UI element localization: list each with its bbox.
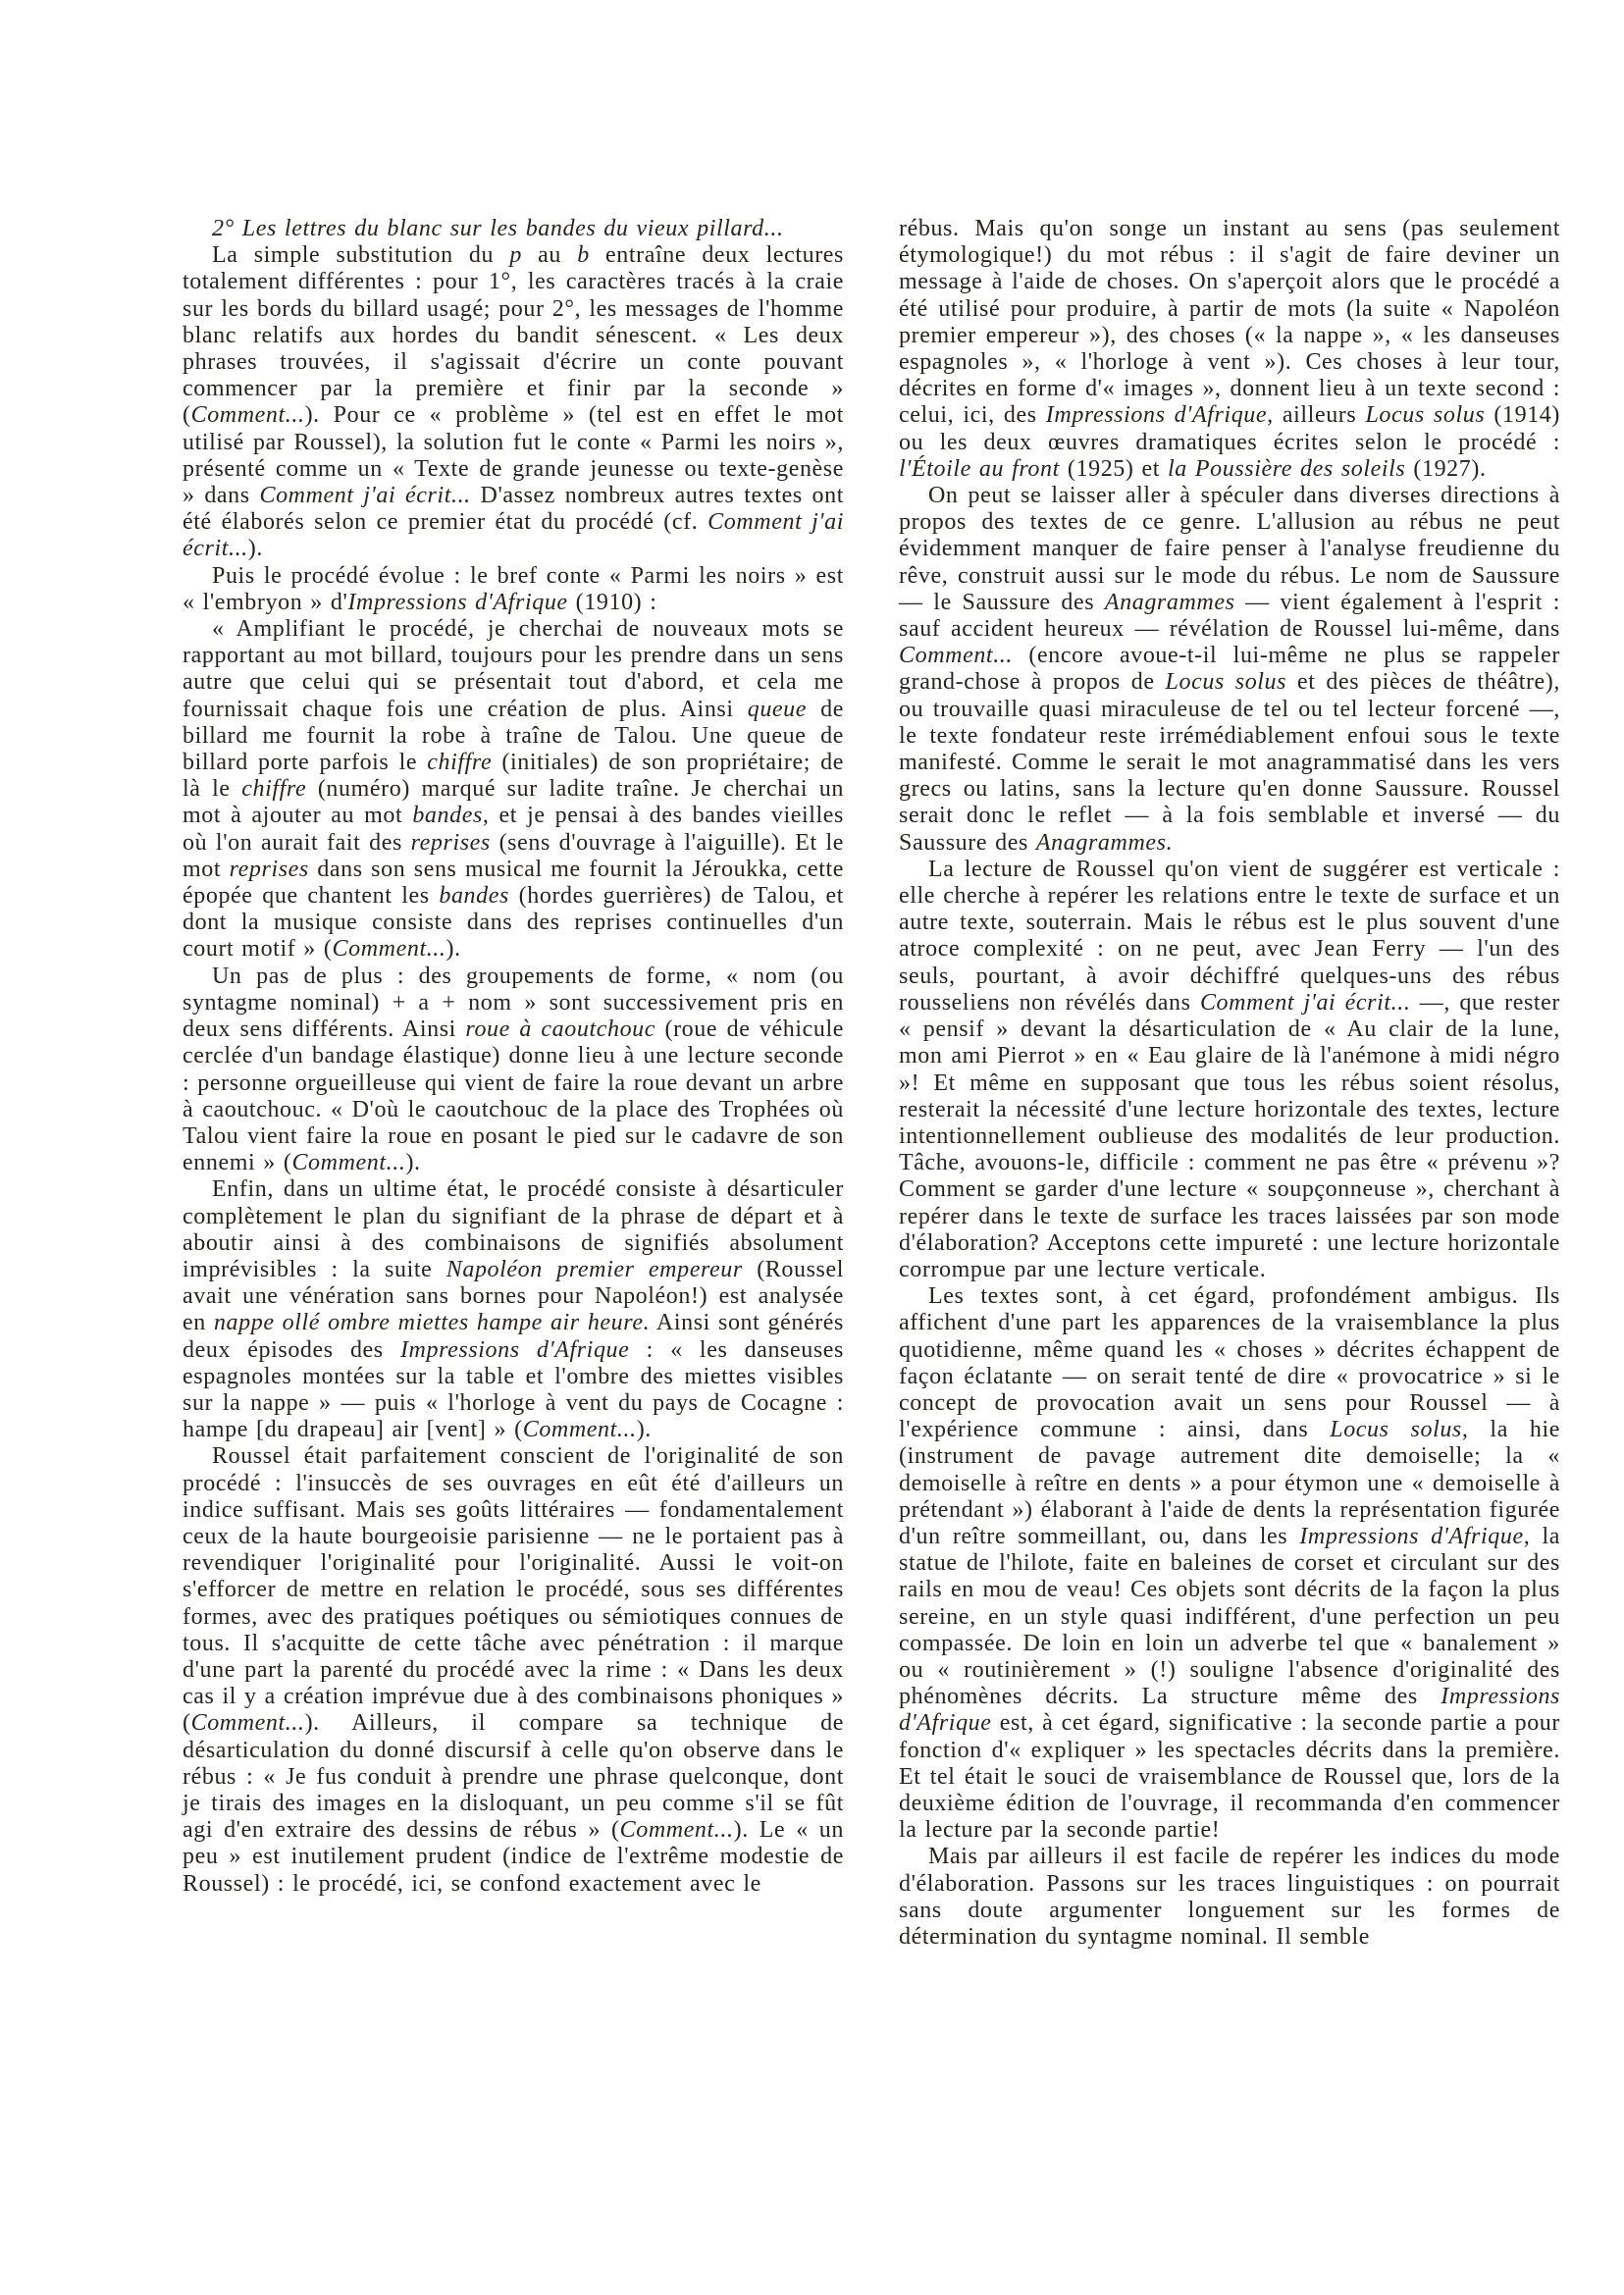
- paragraph: Roussel était parfaitement conscient de …: [183, 1443, 844, 1897]
- text-run: (1925) et: [1060, 456, 1168, 482]
- italic-text-run: Locus solus,: [1330, 1417, 1468, 1442]
- italic-text-run: reprises: [230, 857, 309, 882]
- italic-text-run: Anagrammes.: [1036, 830, 1173, 856]
- paragraph: On peut se laisser aller à spéculer dans…: [899, 483, 1560, 857]
- section-heading: 2° Les lettres du blanc sur les bandes d…: [183, 216, 844, 242]
- italic-text-run: roue à caoutchouc: [465, 1017, 655, 1042]
- text-run: ).: [446, 936, 461, 962]
- paragraph: Les textes sont, à cet égard, profondéme…: [899, 1283, 1560, 1844]
- italic-text-run: bandes: [439, 883, 509, 909]
- italic-text-run: l'Étoile au front: [899, 456, 1060, 482]
- italic-text-run: Comment...: [333, 936, 446, 962]
- paragraph: Mais par ailleurs il est facile de repér…: [899, 1844, 1560, 1951]
- italic-text-run: b: [577, 242, 590, 268]
- text-run: —, que rester « pensif » devant la désar…: [899, 990, 1560, 1282]
- text-run: Mais par ailleurs il est facile de repér…: [899, 1844, 1560, 1950]
- text-run: ).: [405, 1150, 420, 1175]
- italic-text-run: reprises: [411, 830, 491, 856]
- italic-text-run: bandes,: [412, 803, 489, 828]
- paragraph: Un pas de plus : des groupements de form…: [183, 964, 844, 1177]
- text-run: rébus. Mais qu'on songe un instant au se…: [899, 216, 1560, 428]
- paragraph: Puis le procédé évolue : le bref conte «…: [183, 563, 844, 616]
- italic-text-run: la Poussière des soleils: [1168, 456, 1405, 482]
- italic-text-run: Comment...: [523, 1417, 637, 1442]
- italic-text-run: Comment...: [291, 1150, 405, 1175]
- text-run: Roussel était parfaitement conscient de …: [183, 1443, 844, 1736]
- text-run: entraîne deux lectures totalement différ…: [183, 242, 844, 428]
- italic-text-run: Locus solus: [1166, 669, 1287, 695]
- italic-text-run: Impressions d'Afrique: [400, 1337, 629, 1363]
- paragraph: rébus. Mais qu'on songe un instant au se…: [899, 216, 1560, 483]
- italic-text-run: 2° Les lettres du blanc sur les bandes d…: [212, 216, 784, 241]
- text-run: « Amplifiant le procédé, je cherchai de …: [183, 616, 844, 722]
- italic-text-run: Comment j'ai écrit...: [1200, 990, 1411, 1016]
- italic-text-run: p: [509, 242, 522, 268]
- italic-text-run: nappe ollé ombre miettes hampe air heure…: [214, 1310, 650, 1335]
- paragraph: La lecture de Roussel qu'on vient de sug…: [899, 857, 1560, 1283]
- italic-text-run: Impressions d'Afrique,: [1046, 402, 1274, 428]
- italic-text-run: Comment...: [620, 1817, 734, 1843]
- paragraph: « Amplifiant le procédé, je cherchai de …: [183, 616, 844, 964]
- column-left: 2° Les lettres du blanc sur les bandes d…: [183, 216, 844, 1951]
- text-run: au: [522, 242, 577, 268]
- text-block: 2° Les lettres du blanc sur les bandes d…: [183, 216, 1560, 1951]
- text-run: ).: [248, 536, 263, 561]
- text-run: est, à cet égard, significative : la sec…: [899, 1710, 1560, 1843]
- text-run: ).: [637, 1417, 652, 1442]
- italic-text-run: Impressions d'Afrique: [347, 590, 567, 615]
- italic-text-run: queue: [748, 697, 807, 722]
- italic-text-run: Impressions d'Afrique,: [1299, 1524, 1530, 1549]
- italic-text-run: Anagrammes: [1105, 590, 1235, 615]
- italic-text-run: Locus solus: [1365, 402, 1485, 428]
- column-right: rébus. Mais qu'on songe un instant au se…: [899, 216, 1560, 1951]
- italic-text-run: Napoléon premier empereur: [446, 1257, 743, 1282]
- italic-text-run: Comment...: [899, 643, 1013, 668]
- paragraph: Enfin, dans un ultime état, le procédé c…: [183, 1176, 844, 1443]
- italic-text-run: Comment...: [191, 1710, 305, 1736]
- italic-text-run: chiffre: [241, 776, 306, 802]
- italic-text-run: Comment...: [191, 402, 305, 428]
- text-run: et des pièces de théâtre), ou trouvaille…: [899, 669, 1560, 855]
- text-run: (1910) :: [568, 590, 657, 615]
- text-run: ailleurs: [1274, 402, 1366, 428]
- text-run: La simple substitution du: [212, 242, 509, 268]
- text-run: (1927).: [1405, 456, 1486, 482]
- text-run: la statue de l'hilote, faite en baleines…: [899, 1524, 1560, 1709]
- italic-text-run: chiffre: [427, 750, 492, 775]
- italic-text-run: Comment j'ai écrit...: [259, 483, 470, 508]
- document-page: 2° Les lettres du blanc sur les bandes d…: [0, 0, 1624, 2295]
- paragraph: La simple substitution du p au b entraîn…: [183, 242, 844, 562]
